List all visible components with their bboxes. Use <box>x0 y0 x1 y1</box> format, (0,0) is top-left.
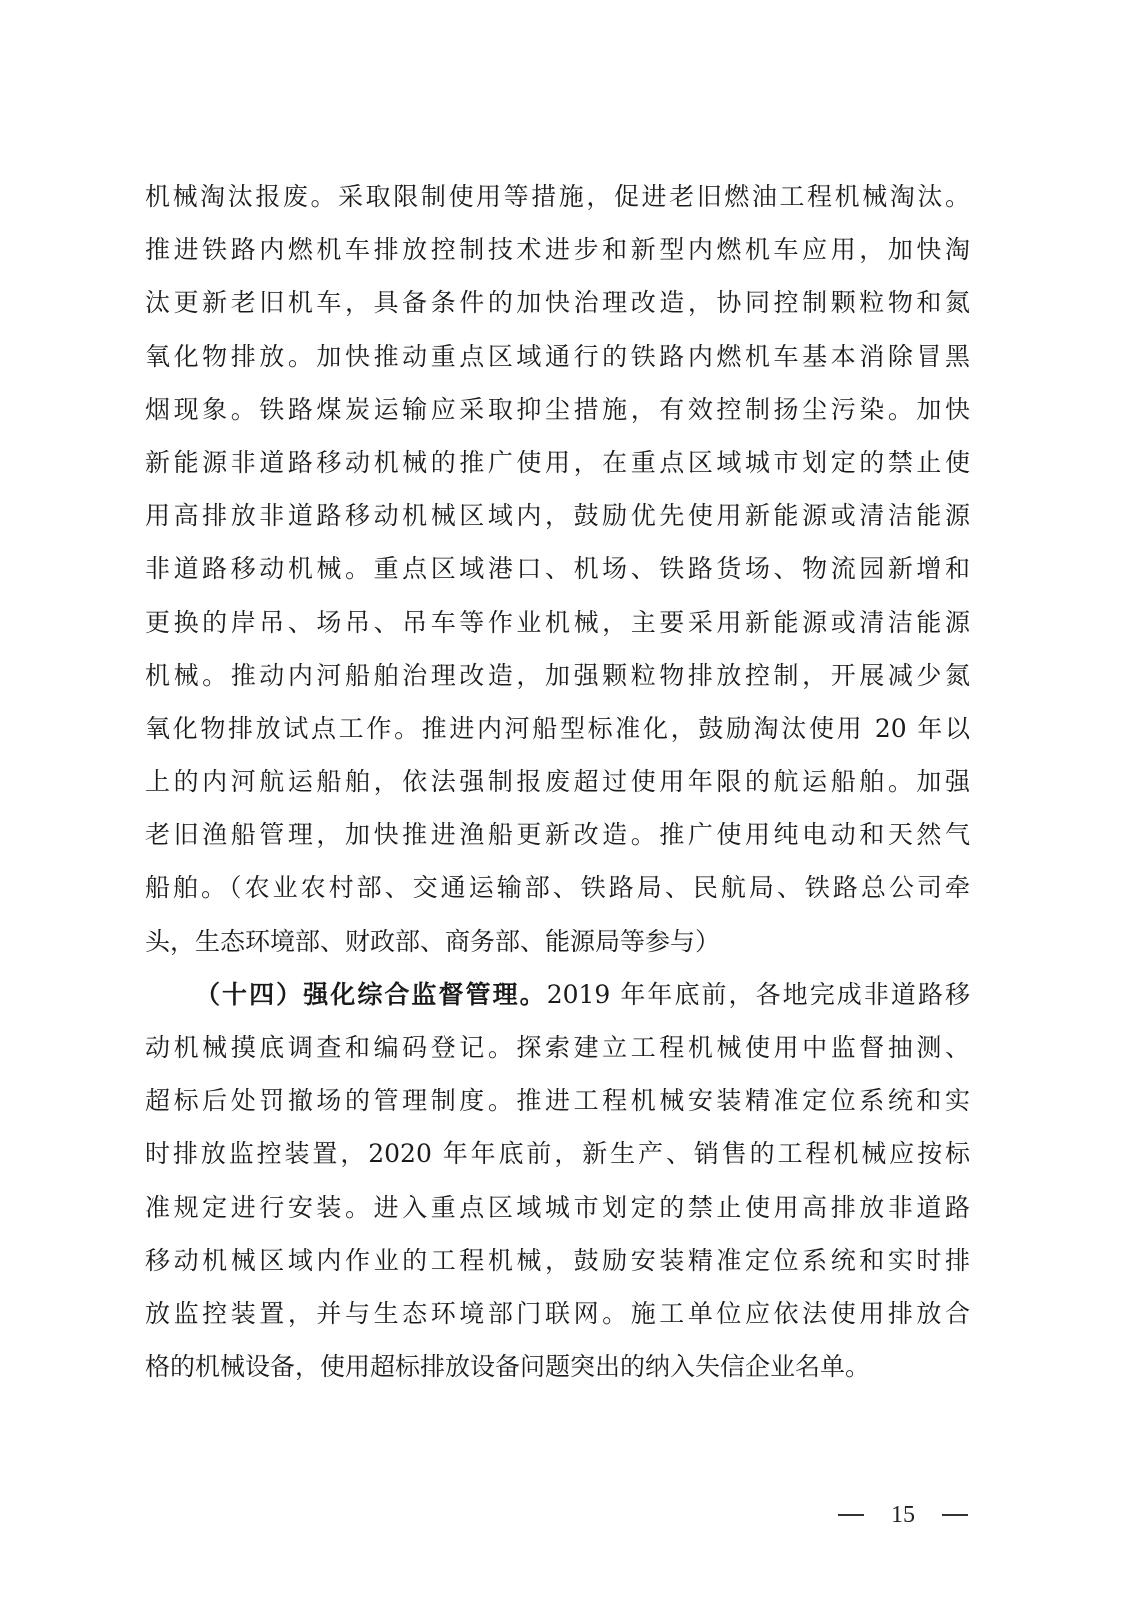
text-line: 船舶。（农业农村部、交通运输部、铁路局、民航局、铁路总公司牵 <box>145 861 970 914</box>
text-line: 氧化物排放。加快推动重点区域通行的铁路内燃机车基本消除冒黑 <box>145 330 970 383</box>
text-line: 上的内河航运船舶，依法强制报废超过使用年限的航运船舶。加强 <box>145 755 970 808</box>
text-line: 老旧渔船管理，加快推进渔船更新改造。推广使用纯电动和天然气 <box>145 808 970 861</box>
text-line: 超标后处罚撤场的管理制度。推进工程机械安装精准定位系统和实 <box>145 1074 970 1127</box>
text-line: 放监控装置，并与生态环境部门联网。施工单位应依法使用排放合 <box>145 1287 970 1340</box>
text-line: 动机械摸底调查和编码登记。探索建立工程机械使用中监督抽测、 <box>145 1021 970 1074</box>
text-line: 用高排放非道路移动机械区域内，鼓励优先使用新能源或清洁能源 <box>145 489 970 542</box>
body-text: 机械淘汰报废。采取限制使用等措施，促进老旧燃油工程机械淘汰。 推进铁路内燃机车排… <box>145 170 970 1393</box>
paragraph-non-road-machinery: 机械淘汰报废。采取限制使用等措施，促进老旧燃油工程机械淘汰。 推进铁路内燃机车排… <box>145 170 970 968</box>
dash-right <box>942 1514 968 1516</box>
paragraph-supervision: （十四）强化综合监督管理。2019 年年底前，各地完成非道路移 动机械摸底调查和… <box>145 968 970 1394</box>
text-line: 非道路移动机械。重点区域港口、机场、铁路货场、物流园新增和 <box>145 542 970 595</box>
text-line: 时排放监控装置，2020 年年底前，新生产、销售的工程机械应按标 <box>145 1127 970 1180</box>
heading-text-rest: 2019 年年底前，各地完成非道路移 <box>547 980 970 1009</box>
text-line: 格的机械设备，使用超标排放设备问题突出的纳入失信企业名单。 <box>145 1340 970 1393</box>
text-line: 新能源非道路移动机械的推广使用，在重点区域城市划定的禁止使 <box>145 436 970 489</box>
document-page: 机械淘汰报废。采取限制使用等措施，促进老旧燃油工程机械淘汰。 推进铁路内燃机车排… <box>0 0 1131 1600</box>
text-line: 移动机械区域内作业的工程机械，鼓励安装精准定位系统和实时排 <box>145 1234 970 1287</box>
text-line: 更换的岸吊、场吊、吊车等作业机械，主要采用新能源或清洁能源 <box>145 596 970 649</box>
page-number: 15 <box>891 1500 915 1530</box>
page-footer: 15 <box>838 1500 968 1530</box>
text-line: 烟现象。铁路煤炭运输应采取抑尘措施，有效控制扬尘污染。加快 <box>145 383 970 436</box>
section-heading: （十四）强化综合监督管理。 <box>195 980 547 1009</box>
text-line: 准规定进行安装。进入重点区域城市划定的禁止使用高排放非道路 <box>145 1181 970 1234</box>
text-line: 机械。推动内河船舶治理改造，加强颗粒物排放控制，开展减少氮 <box>145 649 970 702</box>
dash-left <box>838 1514 864 1516</box>
text-line: 汰更新老旧机车，具备条件的加快治理改造，协同控制颗粒物和氮 <box>145 276 970 329</box>
text-line: 头，生态环境部、财政部、商务部、能源局等参与） <box>145 915 970 968</box>
text-line: 氧化物排放试点工作。推进内河船型标准化，鼓励淘汰使用 20 年以 <box>145 702 970 755</box>
text-line: 机械淘汰报废。采取限制使用等措施，促进老旧燃油工程机械淘汰。 <box>145 170 970 223</box>
section-first-line: （十四）强化综合监督管理。2019 年年底前，各地完成非道路移 <box>145 968 970 1021</box>
text-line: 推进铁路内燃机车排放控制技术进步和新型内燃机车应用，加快淘 <box>145 223 970 276</box>
